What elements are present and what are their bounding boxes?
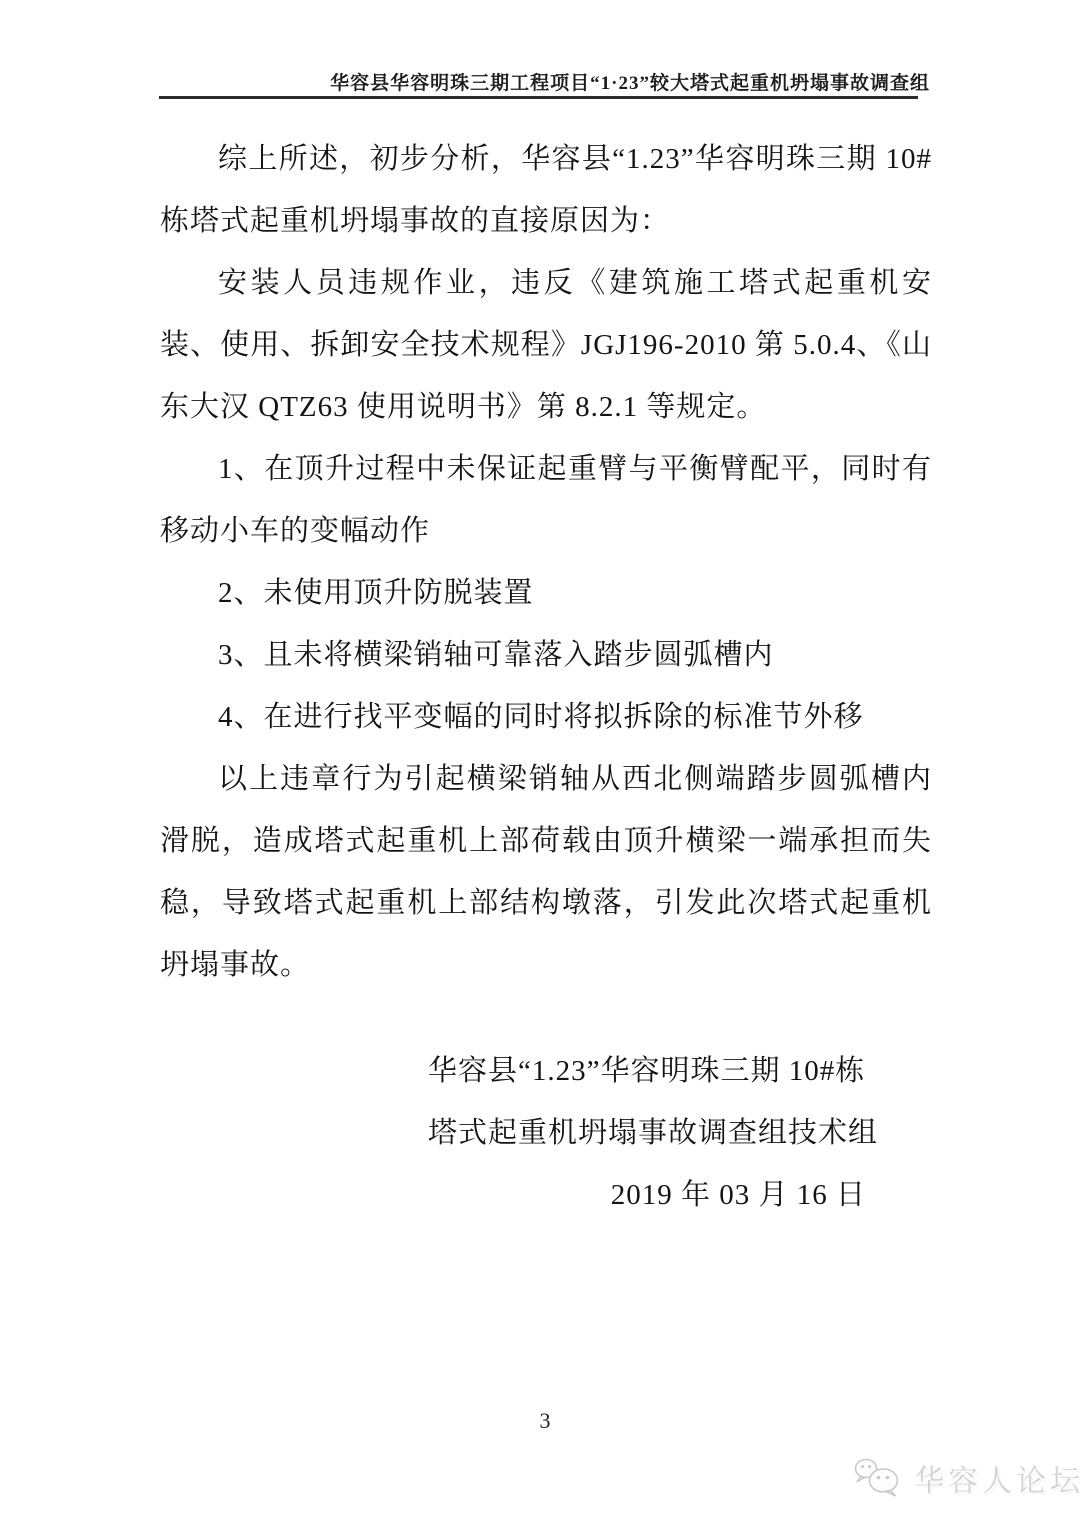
header-rule [159,96,918,99]
signature-date: 2019 年 03 月 16 日 [428,1164,890,1226]
signature-line-1: 华容县“1.23”华容明珠三期 10#栋 [428,1040,890,1102]
wechat-icon [852,1457,904,1499]
paragraph-conclusion-intro: 综上所述，初步分析，华容县“1.23”华容明珠三期 10#栋塔式起重机坍塌事故的… [160,128,932,252]
signature-line-2: 塔式起重机坍塌事故调查组技术组 [428,1102,890,1164]
page-number: 3 [0,1408,1080,1434]
document-page: 华容县华容明珠三期工程项目“1·23”较大塔式起重机坍塌事故调查组 综上所述，初… [0,0,1080,1527]
paragraph-consequence: 以上违章行为引起横梁销轴从西北侧端踏步圆弧槽内滑脱，造成塔式起重机上部荷载由顶升… [160,748,932,996]
signature-block: 华容县“1.23”华容明珠三期 10#栋 塔式起重机坍塌事故调查组技术组 201… [428,1040,890,1226]
list-item-4: 4、在进行找平变幅的同时将拟拆除的标准节外移 [160,686,932,748]
watermark: 华容人论坛 [852,1456,1080,1500]
list-item-2: 2、未使用顶升防脱装置 [160,562,932,624]
watermark-text: 华容人论坛 [914,1456,1080,1500]
paragraph-violation-summary: 安装人员违规作业，违反《建筑施工塔式起重机安装、使用、拆卸安全技术规程》JGJ1… [160,252,932,438]
list-item-1: 1、在顶升过程中未保证起重臂与平衡臂配平，同时有移动小车的变幅动作 [160,438,932,562]
list-item-3: 3、且未将横梁销轴可靠落入踏步圆弧槽内 [160,624,932,686]
document-body: 综上所述，初步分析，华容县“1.23”华容明珠三期 10#栋塔式起重机坍塌事故的… [160,128,932,996]
header-title: 华容县华容明珠三期工程项目“1·23”较大塔式起重机坍塌事故调查组 [330,68,930,95]
